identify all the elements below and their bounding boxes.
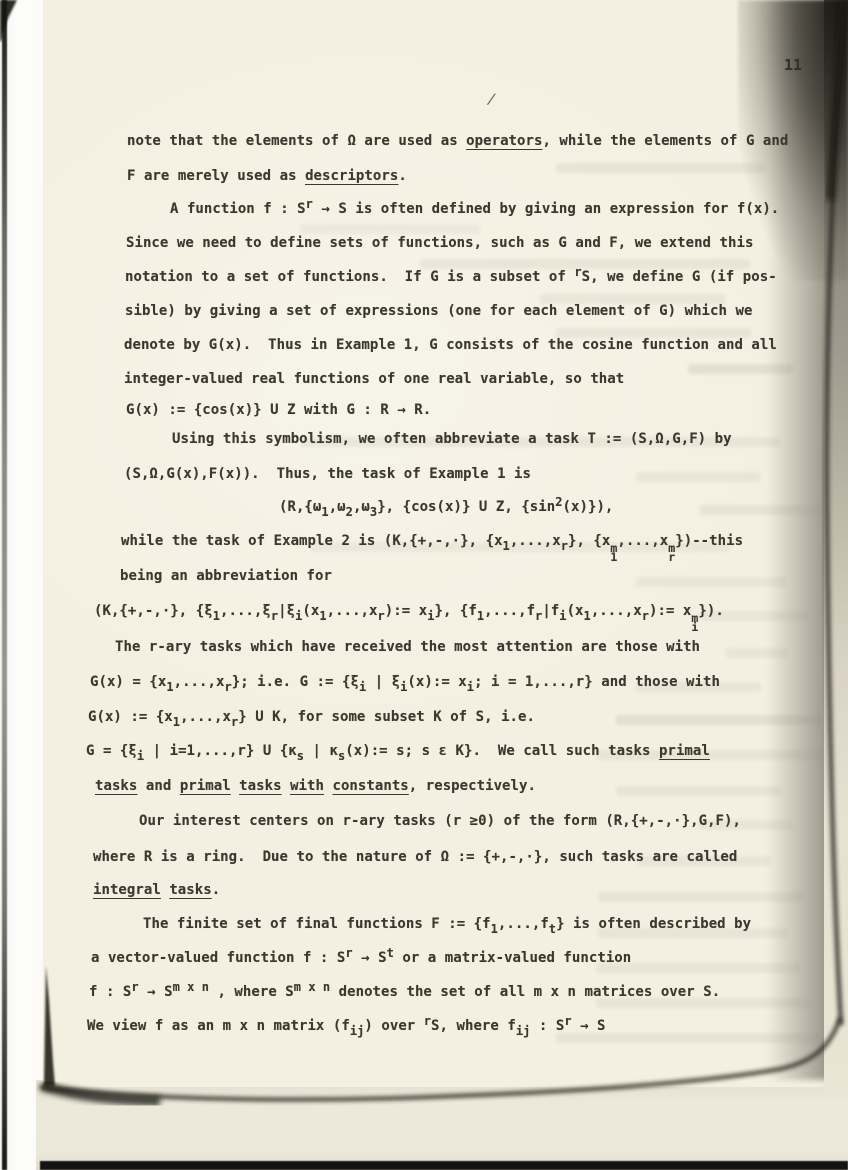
scan-edge-line-left: [2, 0, 7, 1170]
text-segment: Our interest centers on r-ary tasks (r ≥…: [139, 813, 741, 829]
text-segment: G(x) := {cos(x)} U Z with G : R → R.: [126, 402, 431, 418]
text-segment: m x n: [294, 980, 330, 994]
text-segment: 1: [321, 505, 328, 519]
text-segment: t: [549, 922, 556, 936]
text-segment: → S is often defined by giving an expres…: [313, 201, 779, 217]
text-segment: ,ω: [353, 499, 370, 515]
page-beneath: [36, 1080, 848, 1170]
scanned-page: 11 / note that the elements of Ω are use…: [0, 0, 848, 1170]
text-segment: r: [574, 265, 581, 279]
text-segment: F are merely used as: [127, 168, 305, 184]
text-segment: } is often described by: [556, 916, 751, 932]
text-segment: 1: [166, 680, 173, 694]
text-segment: 1: [213, 609, 220, 623]
text-segment: where R is a ring. Due to the nature of …: [93, 849, 737, 865]
text-segment: }, {cos(x)} U Z, {sin: [377, 499, 555, 515]
text-segment: S, we define G (if pos-: [582, 269, 777, 285]
text-segment: i: [467, 680, 474, 694]
text-segment: The r-ary tasks which have received the …: [115, 639, 700, 655]
text-segment: ,...,x: [510, 533, 561, 549]
text-segment: r: [306, 197, 313, 211]
bleed-through-smudge: [636, 472, 761, 482]
text-segment: .: [212, 882, 220, 898]
text-segment: .: [398, 168, 406, 184]
text-segment: ,...,x: [617, 533, 668, 549]
text-line: sible) by giving a set of expressions (o…: [125, 301, 752, 321]
text-segment: | κ: [304, 743, 338, 759]
text-segment: and: [137, 778, 179, 794]
text-segment: 2: [555, 495, 562, 509]
text-line: The r-ary tasks which have received the …: [115, 637, 700, 657]
text-segment: , respectively.: [409, 778, 536, 794]
text-line: The finite set of final functions F := {…: [143, 914, 751, 934]
text-segment: 1: [503, 539, 510, 553]
text-segment: r: [642, 609, 649, 623]
text-line: G(x) := {x1,...,xr} U K, for some subset…: [88, 707, 535, 727]
text-segment: r: [345, 946, 352, 960]
text-segment: (K,{+,-,·}, {ξ: [94, 603, 213, 619]
text-line: G = {ξi | i=1,...,r} U {κs | κs(x):= s; …: [86, 741, 710, 761]
bleed-through-smudge: [598, 892, 803, 902]
text-segment: tasks: [169, 882, 211, 898]
text-segment: f : S: [89, 984, 131, 1000]
text-segment: → S: [353, 950, 387, 966]
text-segment: S, where f: [431, 1018, 516, 1034]
text-line: while the task of Example 2 is (K,{+,-,·…: [121, 531, 743, 561]
text-segment: ):= x: [385, 603, 427, 619]
text-segment: | ξ: [366, 674, 400, 690]
text-segment: ):= x: [649, 603, 691, 619]
text-segment: r: [131, 980, 138, 994]
text-line: (K,{+,-,·}, {ξ1,...,ξr|ξi(x1,...,xr):= x…: [94, 601, 724, 631]
text-segment: ,...,x: [174, 674, 225, 690]
text-line: being an abbreviation for: [120, 566, 332, 586]
text-line: A function f : Sr → S is often defined b…: [170, 199, 779, 219]
text-segment: }; i.e. G := {ξ: [232, 674, 359, 690]
text-segment: G = {ξ: [86, 743, 137, 759]
text-segment: | i=1,...,r} U {κ: [144, 743, 297, 759]
text-segment: ,...,f: [498, 916, 549, 932]
text-segment: }, {x: [568, 533, 610, 549]
bleed-through-smudge: [688, 364, 793, 374]
text-segment: (x):= s; s ε K}. We call such tasks: [345, 743, 659, 759]
text-segment: (x: [567, 603, 584, 619]
text-line: (S,Ω,G(x),F(x)). Thus, the task of Examp…: [124, 464, 531, 484]
text-segment: , where S: [209, 984, 294, 1000]
text-segment: descriptors: [305, 168, 398, 184]
text-line: (R,{ω1,ω2,ω3}, {cos(x)} U Z, {sin2(x)}),: [279, 497, 613, 517]
text-segment: [231, 778, 239, 794]
text-segment: r: [564, 1014, 571, 1028]
text-segment: ij: [350, 1024, 365, 1038]
text-segment: We view f as an m x n matrix (f: [87, 1018, 350, 1034]
text-segment: |ξ: [278, 603, 295, 619]
text-segment: 1: [584, 609, 591, 623]
text-line: G(x) = {x1,...,xr}; i.e. G := {ξi | ξi(x…: [90, 672, 720, 692]
text-line: denote by G(x). Thus in Example 1, G con…: [124, 335, 777, 355]
text-segment: s: [297, 749, 304, 763]
text-segment: primal: [180, 778, 231, 794]
text-segment: 1: [173, 715, 180, 729]
text-segment: note that the elements of Ω are used as: [127, 133, 466, 149]
text-line: F are merely used as descriptors.: [127, 166, 407, 186]
page-number: 11: [784, 56, 802, 74]
text-segment: sible) by giving a set of expressions (o…: [125, 303, 752, 319]
text-segment: 1: [319, 609, 326, 623]
text-segment: integer-valued real functions of one rea…: [124, 371, 624, 387]
text-segment: 2: [346, 505, 353, 519]
text-segment: denote by G(x). Thus in Example 1, G con…: [124, 337, 777, 353]
text-segment: , while the elements of G and: [542, 133, 788, 149]
text-line: G(x) := {cos(x)} U Z with G : R → R.: [126, 400, 431, 420]
text-segment: a vector-valued function f : S: [91, 950, 345, 966]
text-segment: } U K, for some subset K of S, i.e.: [238, 709, 535, 725]
text-line: integer-valued real functions of one rea…: [124, 369, 624, 389]
text-segment: r: [224, 680, 231, 694]
text-segment: ) over: [364, 1018, 423, 1034]
text-line: note that the elements of Ω are used as …: [127, 131, 788, 151]
text-segment: ,...,x: [180, 709, 231, 725]
bleed-through-smudge: [616, 715, 821, 725]
text-line: notation to a set of functions. If G is …: [125, 267, 777, 287]
text-segment: t: [387, 946, 394, 960]
text-segment: (x: [302, 603, 319, 619]
text-segment: → S: [572, 1018, 606, 1034]
text-segment: operators: [466, 133, 542, 149]
text-line: a vector-valued function f : Sr → St or …: [91, 948, 631, 968]
text-segment: A function f : S: [170, 201, 306, 217]
text-segment: ,ω: [329, 499, 346, 515]
text-segment: ; i = 1,...,r} and those with: [474, 674, 720, 690]
text-line: where R is a ring. Due to the nature of …: [93, 847, 737, 867]
text-segment: G(x) := {x: [88, 709, 173, 725]
bleed-through-smudge: [556, 163, 766, 173]
text-segment: (S,Ω,G(x),F(x)). Thus, the task of Examp…: [124, 466, 531, 482]
text-segment: or a matrix-valued function: [394, 950, 631, 966]
text-segment: integral: [93, 882, 161, 898]
text-segment: with: [290, 778, 324, 794]
text-segment: 1: [491, 922, 498, 936]
text-segment: denotes the set of all m x n matrices ov…: [330, 984, 720, 1000]
text-segment: → S: [139, 984, 173, 1000]
text-segment: Since we need to define sets of function…: [126, 235, 753, 251]
text-line: Our interest centers on r-ary tasks (r ≥…: [139, 811, 741, 831]
text-segment: }, {f: [434, 603, 476, 619]
text-segment: ,...,ξ: [220, 603, 271, 619]
text-segment: constants: [332, 778, 408, 794]
text-segment: : S: [530, 1018, 564, 1034]
text-segment: notation to a set of functions. If G is …: [125, 269, 574, 285]
scan-edge-line-bottom: [40, 1161, 848, 1170]
text-segment: |f: [542, 603, 559, 619]
text-segment: tasks: [95, 778, 137, 794]
text-line: tasks and primal tasks with constants, r…: [95, 776, 536, 796]
text-segment: }).: [698, 603, 723, 619]
text-line: integral tasks.: [93, 880, 220, 900]
text-segment: tasks: [239, 778, 281, 794]
text-segment: (x)}),: [563, 499, 614, 515]
text-segment: ,...,x: [327, 603, 378, 619]
text-segment: G(x) = {x: [90, 674, 166, 690]
bleed-through-smudge: [636, 577, 786, 587]
text-segment: primal: [659, 743, 710, 759]
bleed-through-smudge: [700, 505, 820, 515]
text-segment: i: [559, 609, 566, 623]
text-segment: r: [424, 1014, 431, 1028]
bleed-through-smudge: [726, 648, 788, 658]
text-segment: being an abbreviation for: [120, 568, 332, 584]
text-segment: while the task of Example 2 is (K,{+,-,·…: [121, 533, 503, 549]
text-line: We view f as an m x n matrix (fij) over …: [87, 1016, 606, 1036]
bleed-through-smudge: [616, 786, 781, 796]
text-segment: Using this symbolism, we often abbreviat…: [172, 431, 732, 447]
text-segment: (x):= x: [407, 674, 466, 690]
text-segment: r: [378, 609, 385, 623]
text-segment: ij: [516, 1024, 531, 1038]
text-line: Using this symbolism, we often abbreviat…: [172, 429, 732, 449]
text-segment: The finite set of final functions F := {…: [143, 916, 491, 932]
text-line: f : Sr → Sm x n , where Sm x n denotes t…: [89, 982, 720, 1002]
text-line: Since we need to define sets of function…: [126, 233, 753, 253]
text-segment: [282, 778, 290, 794]
text-segment: r: [561, 539, 568, 553]
text-segment: m x n: [173, 980, 209, 994]
text-segment: ,...,f: [484, 603, 535, 619]
text-segment: ,...,x: [591, 603, 642, 619]
text-segment: })--this: [675, 533, 743, 549]
text-segment: (R,{ω: [279, 499, 321, 515]
